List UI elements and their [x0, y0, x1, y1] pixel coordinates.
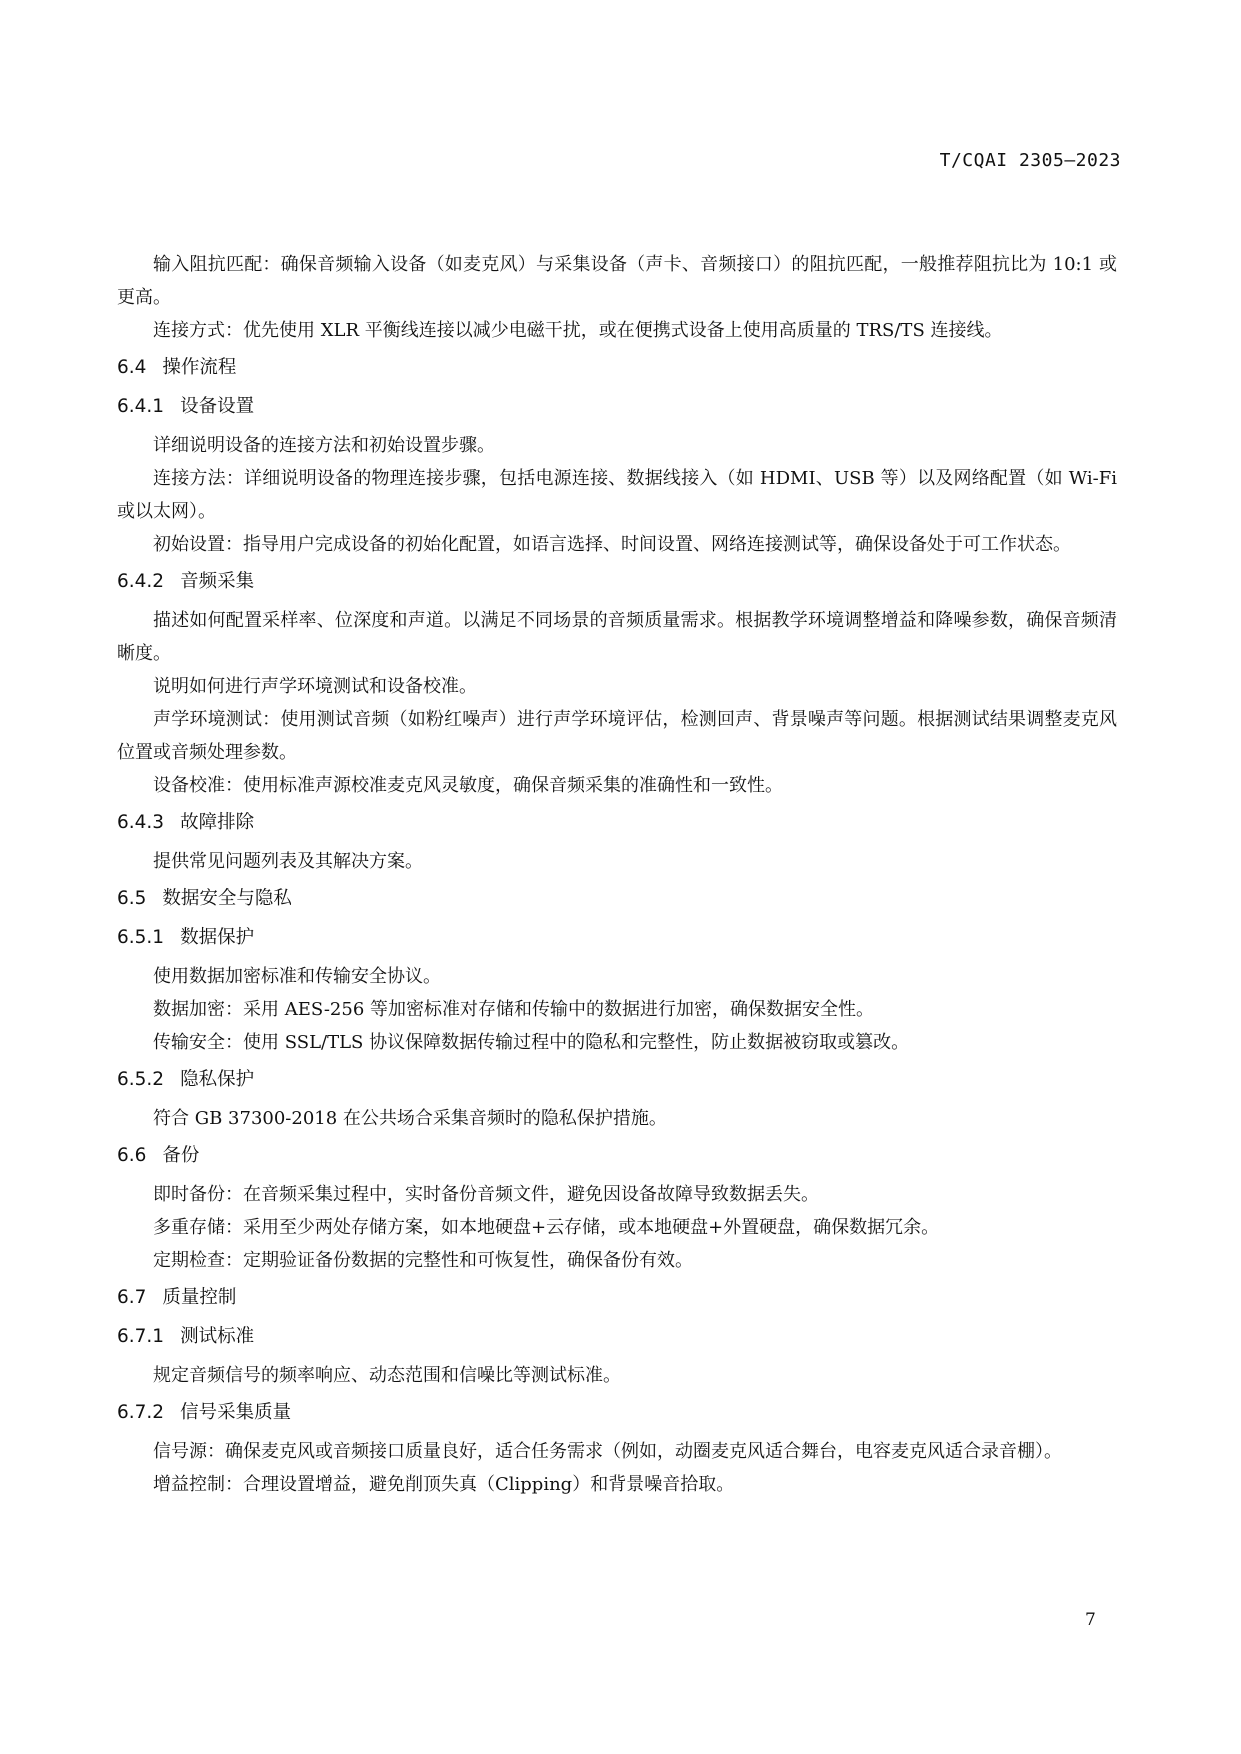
paragraph: 连接方式：优先使用 XLR 平衡线连接以减少电磁干扰，或在便携式设备上使用高质量…: [117, 314, 1117, 347]
section-number: 6.4.2: [117, 565, 164, 598]
paragraph: 数据加密：采用 AES-256 等加密标准对存储和传输中的数据进行加密，确保数据…: [117, 993, 1117, 1026]
document-id-header: T/CQAI 2305—2023: [940, 150, 1121, 171]
paragraph: 规定音频信号的频率响应、动态范围和信噪比等测试标准。: [117, 1359, 1117, 1392]
paragraph: 传输安全：使用 SSL/TLS 协议保障数据传输过程中的隐私和完整性，防止数据被…: [117, 1026, 1117, 1059]
section-number: 6.7.2: [117, 1396, 164, 1429]
section-heading-6-4: 6.4操作流程: [117, 351, 1117, 384]
paragraph: 使用数据加密标准和传输安全协议。: [117, 960, 1117, 993]
section-title: 质量控制: [162, 1287, 236, 1308]
section-number: 6.5.1: [117, 921, 164, 954]
section-heading-6-5-1: 6.5.1数据保护: [117, 921, 1117, 954]
section-title: 测试标准: [180, 1326, 254, 1347]
page-number: 7: [1085, 1610, 1096, 1630]
section-heading-6-4-2: 6.4.2音频采集: [117, 565, 1117, 598]
paragraph: 输入阻抗匹配：确保音频输入设备（如麦克风）与采集设备（声卡、音频接口）的阻抗匹配…: [117, 248, 1117, 314]
section-title: 信号采集质量: [180, 1402, 291, 1423]
paragraph: 信号源：确保麦克风或音频接口质量良好，适合任务需求（例如，动圈麦克风适合舞台，电…: [117, 1435, 1117, 1468]
section-number: 6.6: [117, 1139, 146, 1172]
section-heading-6-4-1: 6.4.1设备设置: [117, 390, 1117, 423]
paragraph: 描述如何配置采样率、位深度和声道。以满足不同场景的音频质量需求。根据教学环境调整…: [117, 604, 1117, 670]
section-heading-6-7-1: 6.7.1测试标准: [117, 1320, 1117, 1353]
section-number: 6.7: [117, 1281, 146, 1314]
paragraph: 符合 GB 37300-2018 在公共场合采集音频时的隐私保护措施。: [117, 1102, 1117, 1135]
section-number: 6.4: [117, 351, 146, 384]
paragraph: 声学环境测试：使用测试音频（如粉红噪声）进行声学环境评估，检测回声、背景噪声等问…: [117, 703, 1117, 769]
section-number: 6.5: [117, 882, 146, 915]
section-number: 6.5.2: [117, 1063, 164, 1096]
paragraph: 连接方法：详细说明设备的物理连接步骤，包括电源连接、数据线接入（如 HDMI、U…: [117, 462, 1117, 528]
section-title: 数据保护: [180, 927, 254, 948]
paragraph: 详细说明设备的连接方法和初始设置步骤。: [117, 429, 1117, 462]
section-number: 6.7.1: [117, 1320, 164, 1353]
section-title: 故障排除: [180, 812, 254, 833]
section-title: 设备设置: [180, 396, 254, 417]
paragraph: 初始设置：指导用户完成设备的初始化配置，如语言选择、时间设置、网络连接测试等，确…: [117, 528, 1117, 561]
section-title: 操作流程: [162, 357, 236, 378]
paragraph: 定期检查：定期验证备份数据的完整性和可恢复性，确保备份有效。: [117, 1244, 1117, 1277]
section-heading-6-5-2: 6.5.2隐私保护: [117, 1063, 1117, 1096]
section-number: 6.4.3: [117, 806, 164, 839]
section-title: 音频采集: [180, 571, 254, 592]
paragraph: 多重存储：采用至少两处存储方案，如本地硬盘+云存储，或本地硬盘+外置硬盘，确保数…: [117, 1211, 1117, 1244]
paragraph: 提供常见问题列表及其解决方案。: [117, 845, 1117, 878]
section-number: 6.4.1: [117, 390, 164, 423]
section-heading-6-4-3: 6.4.3故障排除: [117, 806, 1117, 839]
paragraph: 增益控制：合理设置增益，避免削顶失真（Clipping）和背景噪音拾取。: [117, 1468, 1117, 1501]
section-heading-6-5: 6.5数据安全与隐私: [117, 882, 1117, 915]
section-heading-6-7-2: 6.7.2信号采集质量: [117, 1396, 1117, 1429]
section-heading-6-7: 6.7质量控制: [117, 1281, 1117, 1314]
section-heading-6-6: 6.6备份: [117, 1139, 1117, 1172]
paragraph: 设备校准：使用标准声源校准麦克风灵敏度，确保音频采集的准确性和一致性。: [117, 769, 1117, 802]
section-title: 备份: [162, 1145, 199, 1166]
document-body: 输入阻抗匹配：确保音频输入设备（如麦克风）与采集设备（声卡、音频接口）的阻抗匹配…: [117, 248, 1117, 1501]
section-title: 数据安全与隐私: [162, 888, 292, 909]
paragraph: 说明如何进行声学环境测试和设备校准。: [117, 670, 1117, 703]
section-title: 隐私保护: [180, 1069, 254, 1090]
paragraph: 即时备份：在音频采集过程中，实时备份音频文件，避免因设备故障导致数据丢失。: [117, 1178, 1117, 1211]
